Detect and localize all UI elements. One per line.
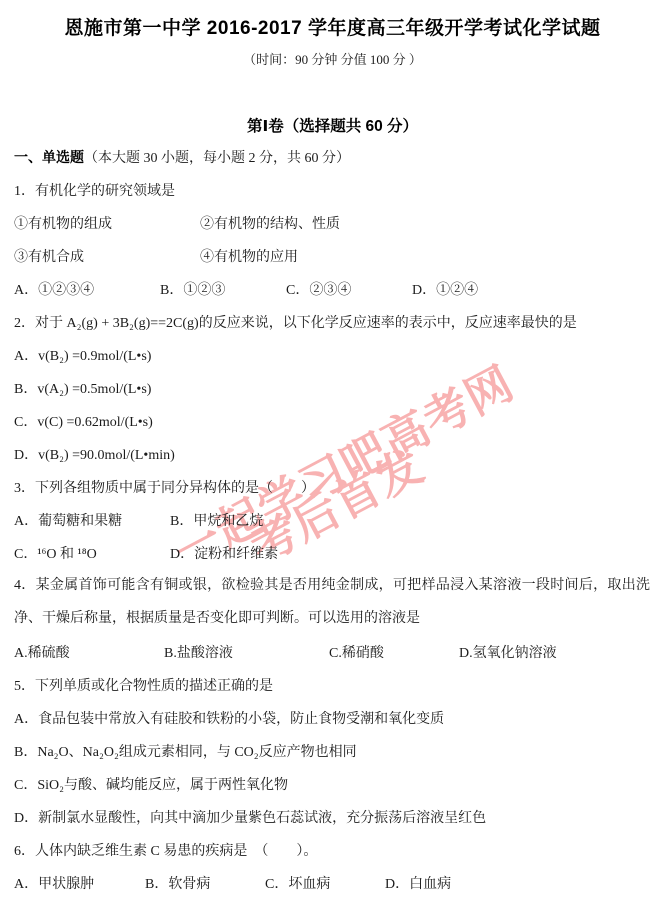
q6-option-d: D．白血病 [385, 873, 451, 893]
q3-stem: 3．下列各组物质中属于同分异构体的是（ ） [14, 470, 650, 503]
q5-option-c: C．SiO₂与酸、碱均能反应，属于两性氧化物 [14, 767, 650, 800]
q4-option-c: C.稀硝酸 [329, 642, 459, 662]
questions-area: 1．有机化学的研究领域是 ①有机物的组成 ②有机物的结构、性质 ③有机合成 ④有… [14, 173, 650, 899]
q4-option-b: B.盐酸溶液 [164, 642, 329, 662]
q5-option-a: A．食品包装中常放入有硅胶和铁粉的小袋，防止食物受潮和氧化变质 [14, 701, 650, 734]
part-heading: 一、单选题（本大题 30 小题，每小题 2 分，共 60 分） [14, 147, 650, 167]
q1-option-c: C．②③④ [286, 279, 412, 299]
part-heading-detail: （本大题 30 小题，每小题 2 分，共 60 分） [84, 151, 350, 166]
q1-item-4: ④有机物的应用 [200, 246, 298, 266]
exam-title: 恩施市第一中学 2016-2017 学年度高三年级开学考试化学试题 [0, 13, 665, 40]
q5-stem: 5．下列单质或化合物性质的描述正确的是 [14, 668, 650, 701]
q6-options-row: A．甲状腺肿 B．软骨病 C．坏血病 D．白血病 [14, 866, 650, 899]
q1-item-2: ②有机物的结构、性质 [200, 213, 340, 233]
q2-stem: 2．对于 A₂(g) + 3B₂(g)==2C(g)的反应来说，以下化学反应速率… [14, 305, 650, 338]
q1-items-row-1: ①有机物的组成 ②有机物的结构、性质 [14, 206, 650, 239]
q6-stem: 6．人体内缺乏维生素 C 易患的疾病是 （ ）。 [14, 833, 650, 866]
q6-option-b: B．软骨病 [145, 873, 265, 893]
q3-option-d: D．淀粉和纤维素 [170, 543, 278, 563]
exam-paper-page: 一起学习吧高考网 考后首发 恩施市第一中学 2016-2017 学年度高三年级开… [0, 0, 665, 910]
q1-options-row: A．①②③④ B．①②③ C．②③④ D．①②④ [14, 272, 650, 305]
part-heading-label: 一、单选题 [14, 149, 84, 165]
q3-option-c: C．¹⁶O 和 ¹⁸O [14, 543, 170, 563]
q5-option-d: D．新制氯水显酸性，向其中滴加少量紫色石蕊试液，充分振荡后溶液呈红色 [14, 800, 650, 833]
q6-option-c: C．坏血病 [265, 873, 385, 893]
page-content: 恩施市第一中学 2016-2017 学年度高三年级开学考试化学试题 （时间：90… [0, 0, 665, 910]
q2-option-b: B．v(A₂) =0.5mol/(L•s) [14, 371, 650, 404]
q1-stem: 1．有机化学的研究领域是 [14, 173, 650, 206]
q1-item-1: ①有机物的组成 [14, 213, 200, 233]
q4-option-d: D.氢氧化钠溶液 [459, 642, 557, 662]
q1-option-d: D．①②④ [412, 279, 478, 299]
q3-option-b: B．甲烷和乙烷 [170, 510, 263, 530]
q5-option-b: B．Na₂O、Na₂O₂组成元素相同，与 CO₂反应产物也相同 [14, 734, 650, 767]
q6-option-a: A．甲状腺肿 [14, 873, 145, 893]
q3-options-row-1: A．葡萄糖和果糖 B．甲烷和乙烷 [14, 503, 650, 536]
q2-option-c: C．v(C) =0.62mol/(L•s) [14, 404, 650, 437]
q2-option-a: A．v(B₂) =0.9mol/(L•s) [14, 338, 650, 371]
q4-options-row: A.稀硫酸 B.盐酸溶液 C.稀硝酸 D.氢氧化钠溶液 [14, 635, 650, 668]
q2-option-d: D．v(B₂) =90.0mol/(L•min) [14, 437, 650, 470]
q1-items-row-2: ③有机合成 ④有机物的应用 [14, 239, 650, 272]
q3-option-a: A．葡萄糖和果糖 [14, 510, 170, 530]
q3-options-row-2: C．¹⁶O 和 ¹⁸O D．淀粉和纤维素 [14, 536, 650, 569]
exam-time-score-info: （时间：90 分钟 分值 100 分 ） [0, 49, 665, 68]
q1-item-3: ③有机合成 [14, 246, 200, 266]
q1-option-a: A．①②③④ [14, 279, 160, 299]
section-1-title: 第Ⅰ卷（选择题共 60 分） [0, 114, 665, 136]
q1-option-b: B．①②③ [160, 279, 286, 299]
q4-stem: 4．某金属首饰可能含有铜或银，欲检验其是否用纯金制成，可把样品浸入某溶液一段时间… [14, 569, 650, 635]
q4-option-a: A.稀硫酸 [14, 642, 164, 662]
